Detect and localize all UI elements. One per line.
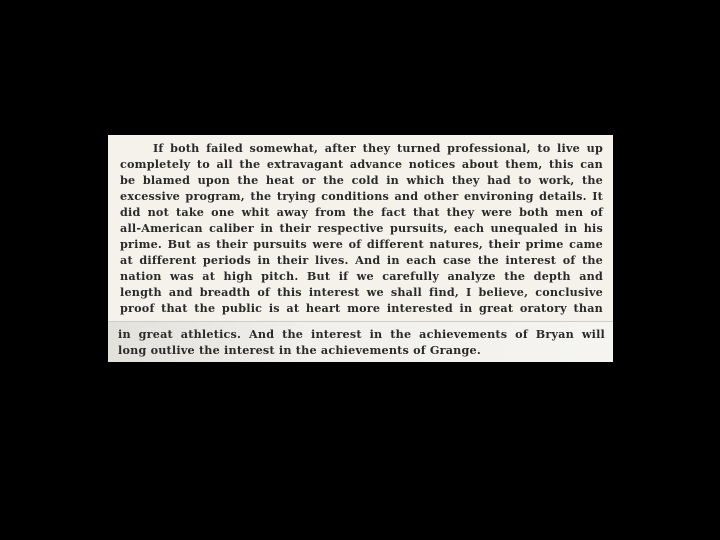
text-line: in great athletics. And the interest in … <box>118 327 605 341</box>
text-line: proof that the public is at heart more i… <box>120 301 603 315</box>
clipping-lower-section: in great athletics. And the interest in … <box>108 321 613 362</box>
text-line: nation was at high pitch. But if we care… <box>120 269 603 283</box>
text-line: If both failed somewhat, after they turn… <box>153 141 603 155</box>
text-line: did not take one whit away from the fact… <box>120 205 603 219</box>
text-line: excessive program, the trying conditions… <box>120 189 603 203</box>
clipping-upper-section: If both failed somewhat, after they turn… <box>108 135 613 321</box>
text-line: long outlive the interest in the achieve… <box>118 343 481 357</box>
text-line: prime. But as their pursuits were of dif… <box>120 237 603 251</box>
text-line: be blamed upon the heat or the cold in w… <box>120 173 603 187</box>
newspaper-clipping: If both failed somewhat, after they turn… <box>108 135 613 362</box>
text-line: completely to all the extravagant advanc… <box>120 157 603 171</box>
text-line: at different periods in their lives. And… <box>120 253 603 267</box>
text-line: all-American caliber in their respective… <box>120 221 603 235</box>
text-line: length and breadth of this interest we s… <box>120 285 603 299</box>
